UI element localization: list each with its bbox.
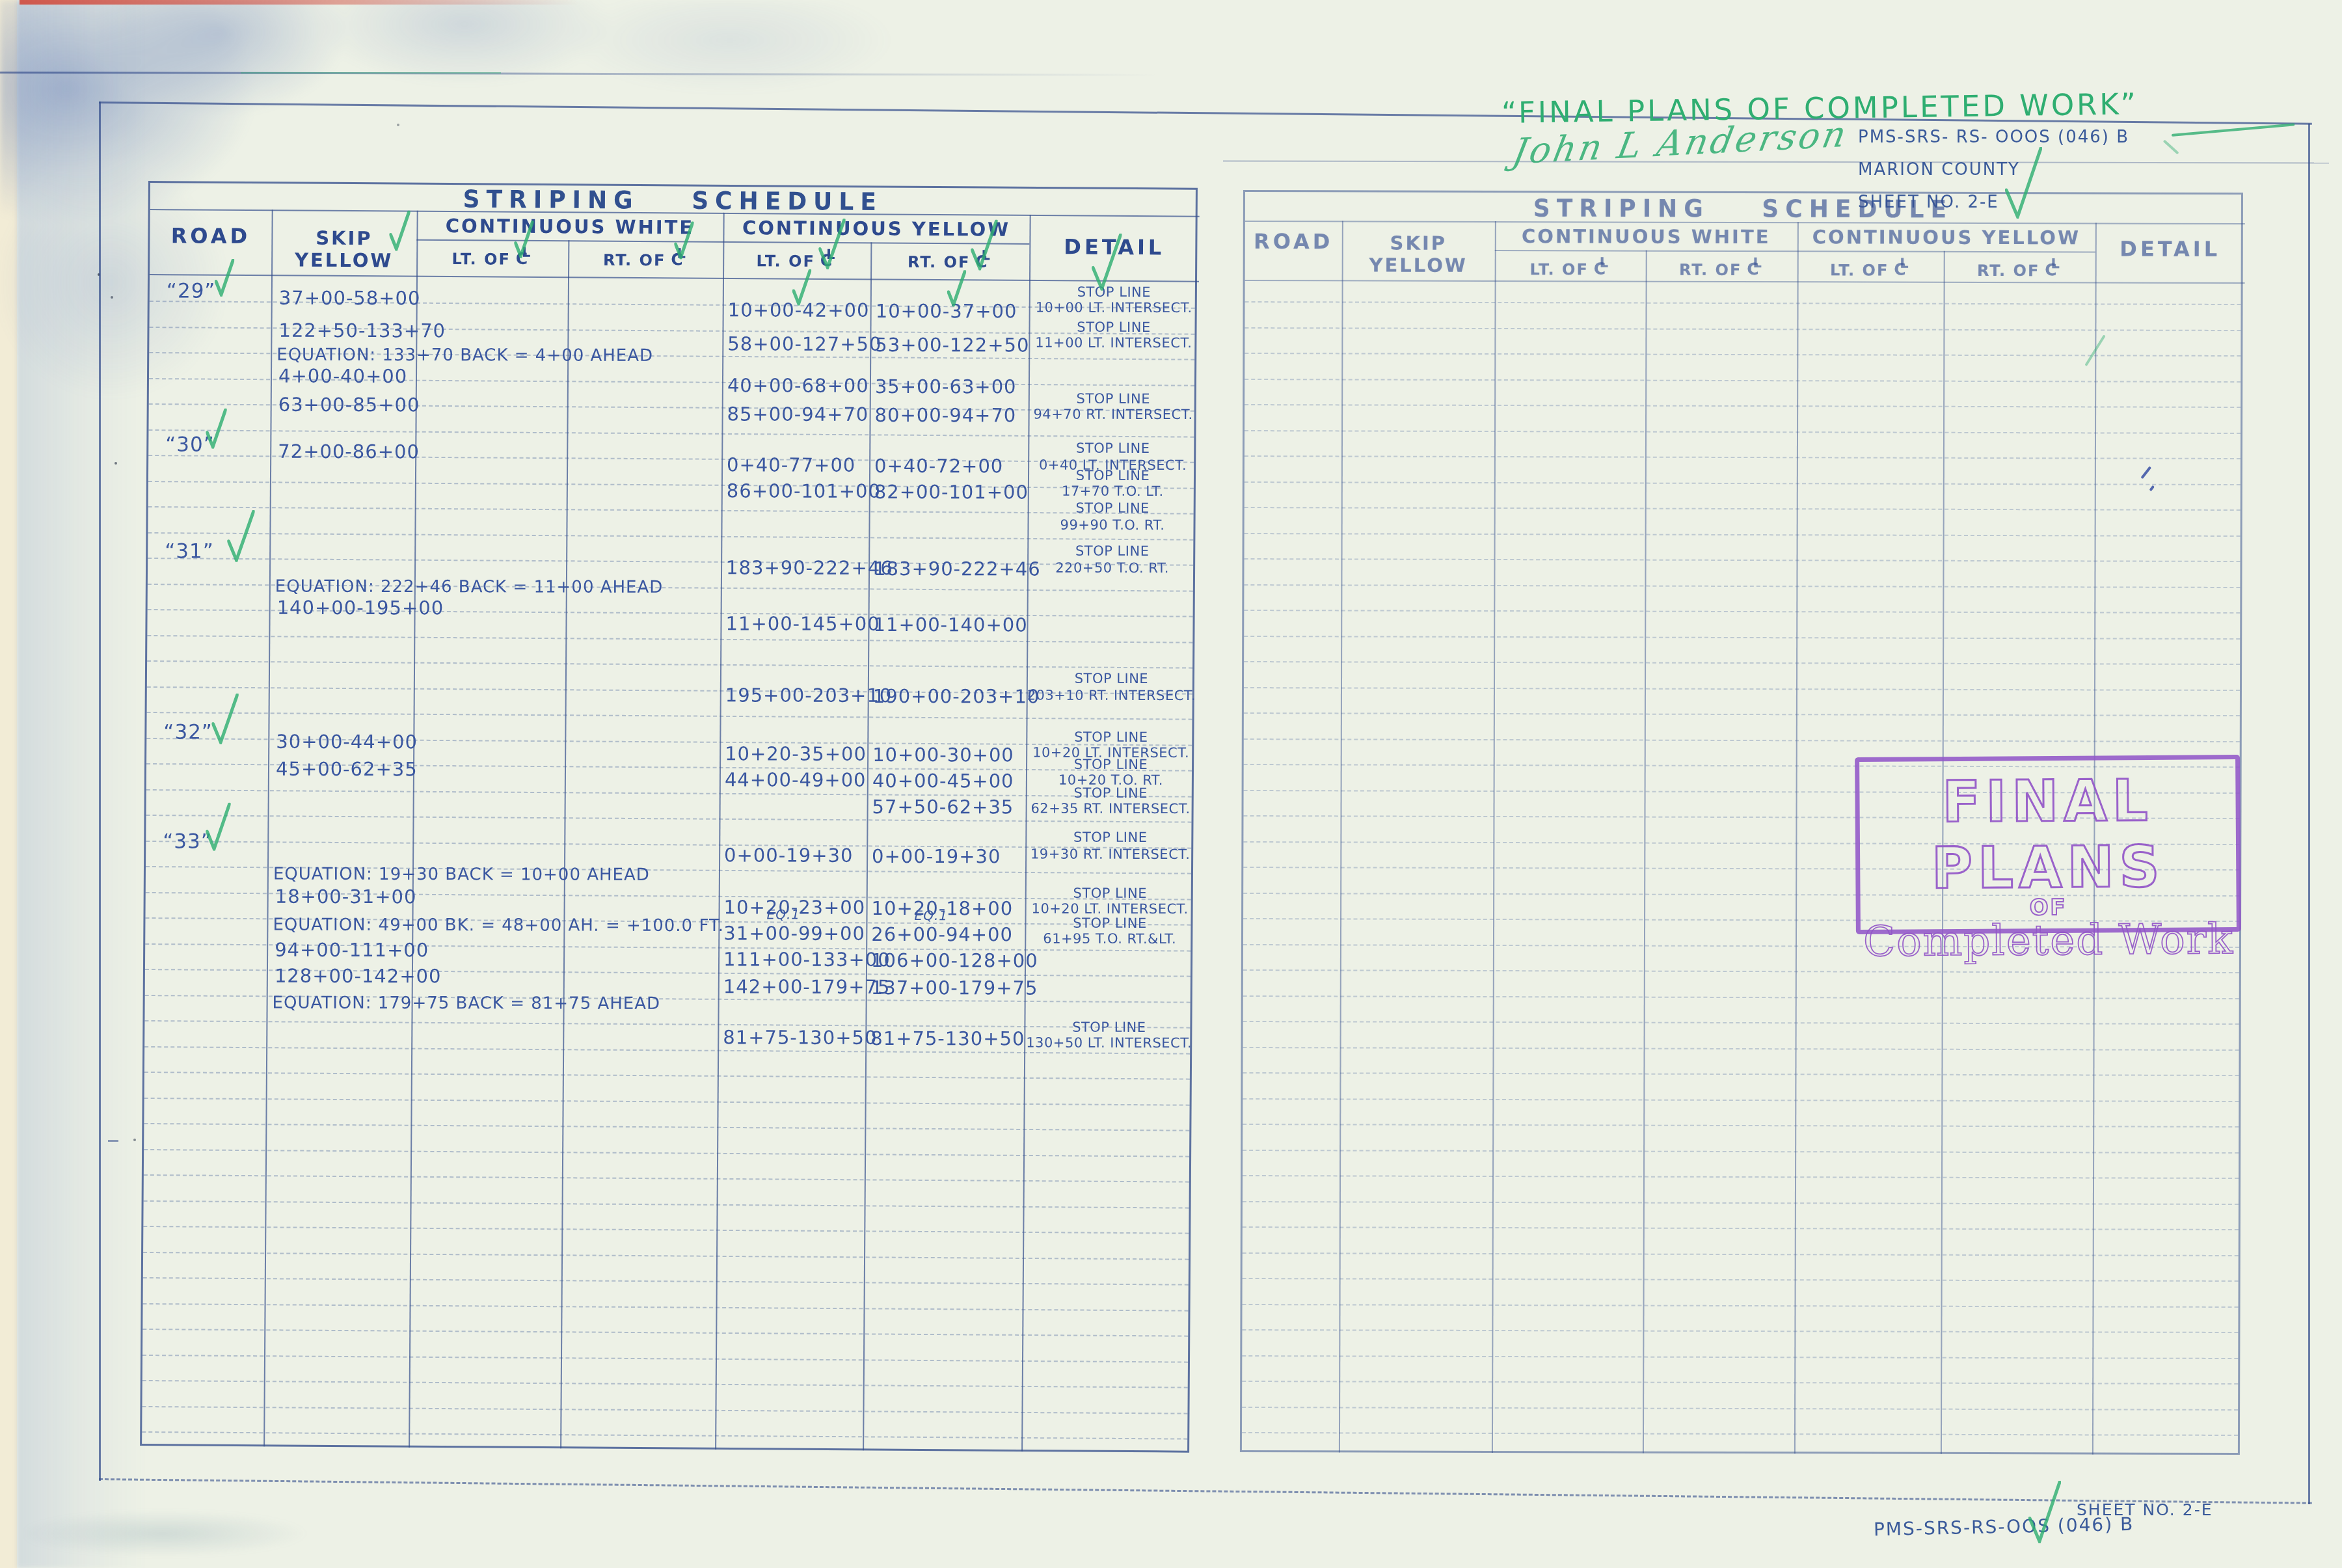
skip-yellow-entry: 94+00-111+00 xyxy=(267,939,412,962)
subheader-yellow-rt: RT. OFCL xyxy=(1944,259,2095,280)
yellow-lt-entry: 85+00-94+70 xyxy=(722,403,870,426)
detail-entry: 99+90 T.O. RT. xyxy=(1027,517,1197,534)
scanned-striping-schedule-sheet: { "page": { "heading_handwritten": "“FIN… xyxy=(0,0,2342,1568)
row-line xyxy=(142,1431,1187,1440)
column-header-detail: DETAIL xyxy=(2095,236,2245,262)
detail-entry: 130+50 LT. INTERSECT. xyxy=(1024,1035,1194,1051)
final-plans-stamp: FINAL PLANS OF Completed Work xyxy=(1855,755,2241,934)
column-header-continuous-white: CONTINUOUS WHITE xyxy=(1495,225,1797,248)
yellow-lt-entry: 81+75-130+50 xyxy=(718,1026,865,1049)
scan-red-edge-mark xyxy=(20,0,579,5)
yellow-rt-entry: 0+00-19+30 xyxy=(867,845,1025,868)
row-line xyxy=(1242,1432,2238,1436)
detail-entry: 94+70 RT. INTERSECT. xyxy=(1029,407,1198,423)
green-checkmark xyxy=(818,219,846,269)
detail-entry: 203+10 RT. INTERSECT. xyxy=(1027,688,1196,704)
row-line xyxy=(144,1072,1190,1080)
centerline-symbol: CL xyxy=(1894,259,1911,278)
yellow-rt-entry: EQ.1 xyxy=(867,908,1025,924)
row-line xyxy=(1242,1407,2238,1411)
yellow-rt-entry: 40+00-45+00 xyxy=(867,770,1026,792)
detail-entry: 10+00 LT. INTERSECT. xyxy=(1029,300,1199,316)
stamp-line-1: FINAL PLANS xyxy=(1859,767,2236,902)
row-line xyxy=(1244,636,2240,640)
row-line xyxy=(1243,1098,2239,1102)
yellow-rt-entry: 10+00-30+00 xyxy=(867,744,1026,766)
row-line xyxy=(1245,455,2241,459)
row-line xyxy=(1244,712,2240,716)
footer-project-number: PMS-SRS-RS-OOS (046) B xyxy=(1874,1513,2134,1540)
row-line xyxy=(142,1406,1187,1414)
yellow-rt-entry: 81+75-130+50 xyxy=(865,1027,1024,1050)
row-line xyxy=(1245,533,2241,537)
green-checkmark xyxy=(206,803,230,851)
yellow-rt-entry: 190+00-203+10 xyxy=(868,685,1027,708)
row-line xyxy=(144,1123,1189,1131)
row-line xyxy=(1244,687,2240,691)
yellow-lt-entry: 183+90-222+46 xyxy=(721,556,868,579)
row-line xyxy=(148,429,1194,438)
centerline-l: L xyxy=(2051,256,2060,271)
header-divider xyxy=(150,274,1199,282)
column-header-continuous-yellow: CONTINUOUS YELLOW xyxy=(1797,226,2095,249)
scan-stain-bottom-left xyxy=(26,1496,481,1558)
detail-entry: STOP LINE xyxy=(1025,830,1195,846)
yellow-lt-entry: 195+00-203+10 xyxy=(720,684,868,707)
column-header-skip-yellow: SKIP YELLOW xyxy=(1342,232,1495,277)
skip-yellow-entry: 72+00-86+00 xyxy=(270,440,415,463)
subheader-white-rt: RT. OFCL xyxy=(568,248,723,270)
row-line xyxy=(1242,1381,2238,1385)
green-slash-mark xyxy=(2163,140,2179,155)
skip-yellow-entry: 122+50-133+70 xyxy=(271,319,416,342)
skip-yellow-entry: 30+00-44+00 xyxy=(268,731,413,753)
table-title: STRIPING SCHEDULE xyxy=(1245,194,2241,224)
skip-yellow-entry: 37+00-58+00 xyxy=(271,287,416,310)
subheader-white-lt: LT. OFCL xyxy=(1495,258,1646,279)
row-line xyxy=(1243,1278,2239,1282)
yellow-rt-entry: 11+00-140+00 xyxy=(868,614,1027,636)
detail-entry: STOP LINE xyxy=(1026,729,1196,746)
sheet-border-right xyxy=(2308,124,2310,1504)
detail-entry: 61+95 T.O. RT.&LT. xyxy=(1025,931,1194,947)
sheet-border-bottom xyxy=(99,1478,2312,1504)
row-line xyxy=(1245,404,2241,408)
green-checkmark xyxy=(514,221,533,258)
green-checkmark xyxy=(211,694,239,744)
detail-entry: STOP LINE xyxy=(1028,500,1198,517)
green-checkmark xyxy=(206,409,226,449)
detail-entry: STOP LINE xyxy=(1024,1020,1194,1036)
centerline-l: L xyxy=(1753,255,1762,271)
detail-entry: STOP LINE xyxy=(1029,319,1199,336)
centerline-symbol: CL xyxy=(1594,258,1611,277)
detail-entry: STOP LINE xyxy=(1028,468,1198,484)
faint-rule-left xyxy=(0,72,1158,76)
equation-note: EQUATION: 19+30 BACK = 10+00 AHEAD xyxy=(273,865,937,885)
row-line xyxy=(142,1329,1188,1337)
detail-entry: 220+50 T.O. RT. xyxy=(1027,560,1197,576)
yellow-lt-entry: 44+00-49+00 xyxy=(720,768,867,791)
subheader-yellow-lt: LT. OFCL xyxy=(723,249,870,271)
green-checkmark xyxy=(2005,147,2042,219)
row-line xyxy=(143,1277,1189,1286)
yellow-rt-entry: 0+40-72+00 xyxy=(869,455,1028,478)
row-line xyxy=(1243,1150,2239,1154)
row-line xyxy=(144,1174,1189,1183)
centerline-symbol: CL xyxy=(2045,259,2062,278)
row-line xyxy=(1244,584,2240,588)
yellow-rt-entry: 183+90-222+46 xyxy=(868,558,1027,580)
row-line xyxy=(143,1252,1189,1260)
row-line xyxy=(147,635,1192,643)
detail-entry: STOP LINE xyxy=(1025,915,1194,932)
subheader-yellow-lt: LT. OFCL xyxy=(1797,258,1944,280)
yellow-lt-entry: 111+00-133+00 xyxy=(718,948,866,971)
yellow-rt-entry: 57+50-62+35 xyxy=(867,796,1026,818)
paper-edge-strip xyxy=(0,0,17,1568)
subheader-white-lt: LT. OFCL xyxy=(416,247,568,269)
detail-entry: 11+00 LT. INTERSECT. xyxy=(1029,335,1198,351)
detail-entry: STOP LINE xyxy=(1028,440,1198,457)
row-line xyxy=(1245,379,2241,383)
sheet-border-left xyxy=(99,101,101,1481)
yellow-rt-entry: 35+00-63+00 xyxy=(870,375,1029,398)
equation-note: EQUATION: 133+70 BACK = 4+00 AHEAD xyxy=(276,345,940,366)
row-line xyxy=(1245,507,2241,511)
green-checkmark xyxy=(947,270,966,306)
subheader-divider xyxy=(1495,250,2095,252)
road-number: “29” xyxy=(150,279,271,303)
road-number: “32” xyxy=(146,720,268,744)
detail-entry: STOP LINE xyxy=(1025,885,1195,902)
row-line xyxy=(1243,969,2239,973)
green-checkmark xyxy=(971,219,998,270)
detail-entry: 19+30 RT. INTERSECT. xyxy=(1025,846,1195,863)
column-header-road: ROAD xyxy=(1245,229,1342,254)
yellow-rt-entry: 80+00-94+70 xyxy=(870,404,1029,427)
skip-yellow-entry: 45+00-62+35 xyxy=(268,758,413,781)
faint-rule-right xyxy=(1223,161,2329,164)
row-line xyxy=(1244,738,2240,742)
skip-yellow-entry: 18+00-31+00 xyxy=(267,885,412,908)
row-line xyxy=(1245,558,2241,562)
yellow-lt-entry: 40+00-68+00 xyxy=(722,374,870,397)
row-line xyxy=(142,1355,1188,1363)
yellow-lt-entry: EQ.1 xyxy=(719,906,867,923)
centerline-symbol: CL xyxy=(1747,258,1764,278)
detail-entry: 62+35 RT. INTERSECT. xyxy=(1026,801,1196,817)
column-line xyxy=(715,213,725,1450)
row-line xyxy=(1242,1355,2238,1359)
row-line xyxy=(1243,1175,2239,1179)
green-checkmark xyxy=(674,221,693,259)
scan-stain-left-edge xyxy=(17,0,147,1568)
skip-yellow-entry: 128+00-142+00 xyxy=(267,965,412,988)
row-line xyxy=(1243,1124,2239,1128)
green-checkmark xyxy=(389,210,410,250)
row-line xyxy=(143,1303,1189,1312)
row-line xyxy=(1245,430,2241,434)
detail-entry: STOP LINE xyxy=(1026,785,1196,802)
skip-yellow-entry: 63+00-85+00 xyxy=(271,394,416,416)
centerline-l: L xyxy=(1600,254,1609,270)
row-line xyxy=(1243,1304,2239,1308)
detail-entry: STOP LINE xyxy=(1027,671,1196,687)
detail-entry: STOP LINE xyxy=(1029,391,1198,407)
skip-yellow-entry: 140+00-195+00 xyxy=(269,597,414,619)
equation-note: EQUATION: 222+46 BACK = 11+00 AHEAD xyxy=(275,577,939,598)
row-line xyxy=(1242,1329,2238,1333)
row-line xyxy=(144,1098,1190,1106)
yellow-rt-entry: 106+00-128+00 xyxy=(866,949,1025,972)
yellow-lt-entry: 31+00-99+00 xyxy=(718,922,866,945)
row-line xyxy=(1243,1252,2239,1256)
row-line xyxy=(1243,995,2239,999)
yellow-rt-entry: 82+00-101+00 xyxy=(869,481,1028,504)
row-line xyxy=(1245,301,2241,305)
row-line xyxy=(147,712,1192,720)
yellow-lt-entry: 0+40-77+00 xyxy=(721,453,869,476)
row-line xyxy=(1245,327,2241,331)
row-line xyxy=(144,1200,1189,1209)
row-line xyxy=(148,532,1193,541)
row-line xyxy=(147,660,1192,669)
row-line xyxy=(1243,1021,2239,1025)
detail-entry: STOP LINE xyxy=(1027,543,1197,560)
green-checkmark xyxy=(792,269,811,306)
row-line xyxy=(1243,1201,2239,1205)
yellow-lt-entry: 0+00-19+30 xyxy=(719,844,867,867)
project-number: PMS-SRS- RS- OOOS (046) B xyxy=(1858,128,2129,147)
detail-entry: 17+70 T.O. LT. xyxy=(1028,483,1198,500)
centerline-l: L xyxy=(1900,256,1909,271)
green-slash-mark xyxy=(2172,123,2295,137)
striping-schedule-table-left: STRIPING SCHEDULEROADSKIP YELLOWCONTINUO… xyxy=(140,181,1198,1453)
yellow-rt-entry: 26+00-94+00 xyxy=(866,923,1025,946)
column-header-road: ROAD xyxy=(150,223,271,249)
county-label: MARION COUNTY xyxy=(1858,160,2020,180)
row-line xyxy=(1243,1047,2239,1051)
row-line xyxy=(142,1380,1188,1388)
row-line xyxy=(1244,661,2240,665)
green-checkmark xyxy=(2028,1481,2061,1543)
subheader-yellow-rt: RT. OFCL xyxy=(870,250,1029,272)
row-line xyxy=(1243,1226,2239,1230)
stamp-line-3: Completed Work xyxy=(1861,915,2237,966)
subheader-white-rt: RT. OFCL xyxy=(1646,258,1797,280)
margin-stray-dash xyxy=(108,1140,118,1142)
detail-entry: 10+20 LT. INTERSECT. xyxy=(1025,901,1195,917)
green-checkmark xyxy=(227,510,255,562)
equation-note: EQUATION: 179+75 BACK = 81+75 AHEAD xyxy=(273,994,936,1014)
row-line xyxy=(143,1226,1189,1234)
detail-entry: STOP LINE xyxy=(1026,757,1196,773)
skip-yellow-entry: 4+00-40+00 xyxy=(271,365,416,388)
row-line xyxy=(1243,1072,2239,1076)
yellow-lt-entry: 10+20-35+00 xyxy=(720,742,867,765)
yellow-lt-entry: 86+00-101+00 xyxy=(721,480,869,502)
green-checkmark xyxy=(1092,234,1122,291)
row-line xyxy=(1244,610,2240,614)
row-line xyxy=(1245,481,2241,485)
faint-rule-green-tint xyxy=(241,72,501,74)
row-line xyxy=(144,1149,1189,1157)
yellow-lt-entry: 11+00-145+00 xyxy=(720,612,868,635)
green-checkmark xyxy=(215,259,234,297)
